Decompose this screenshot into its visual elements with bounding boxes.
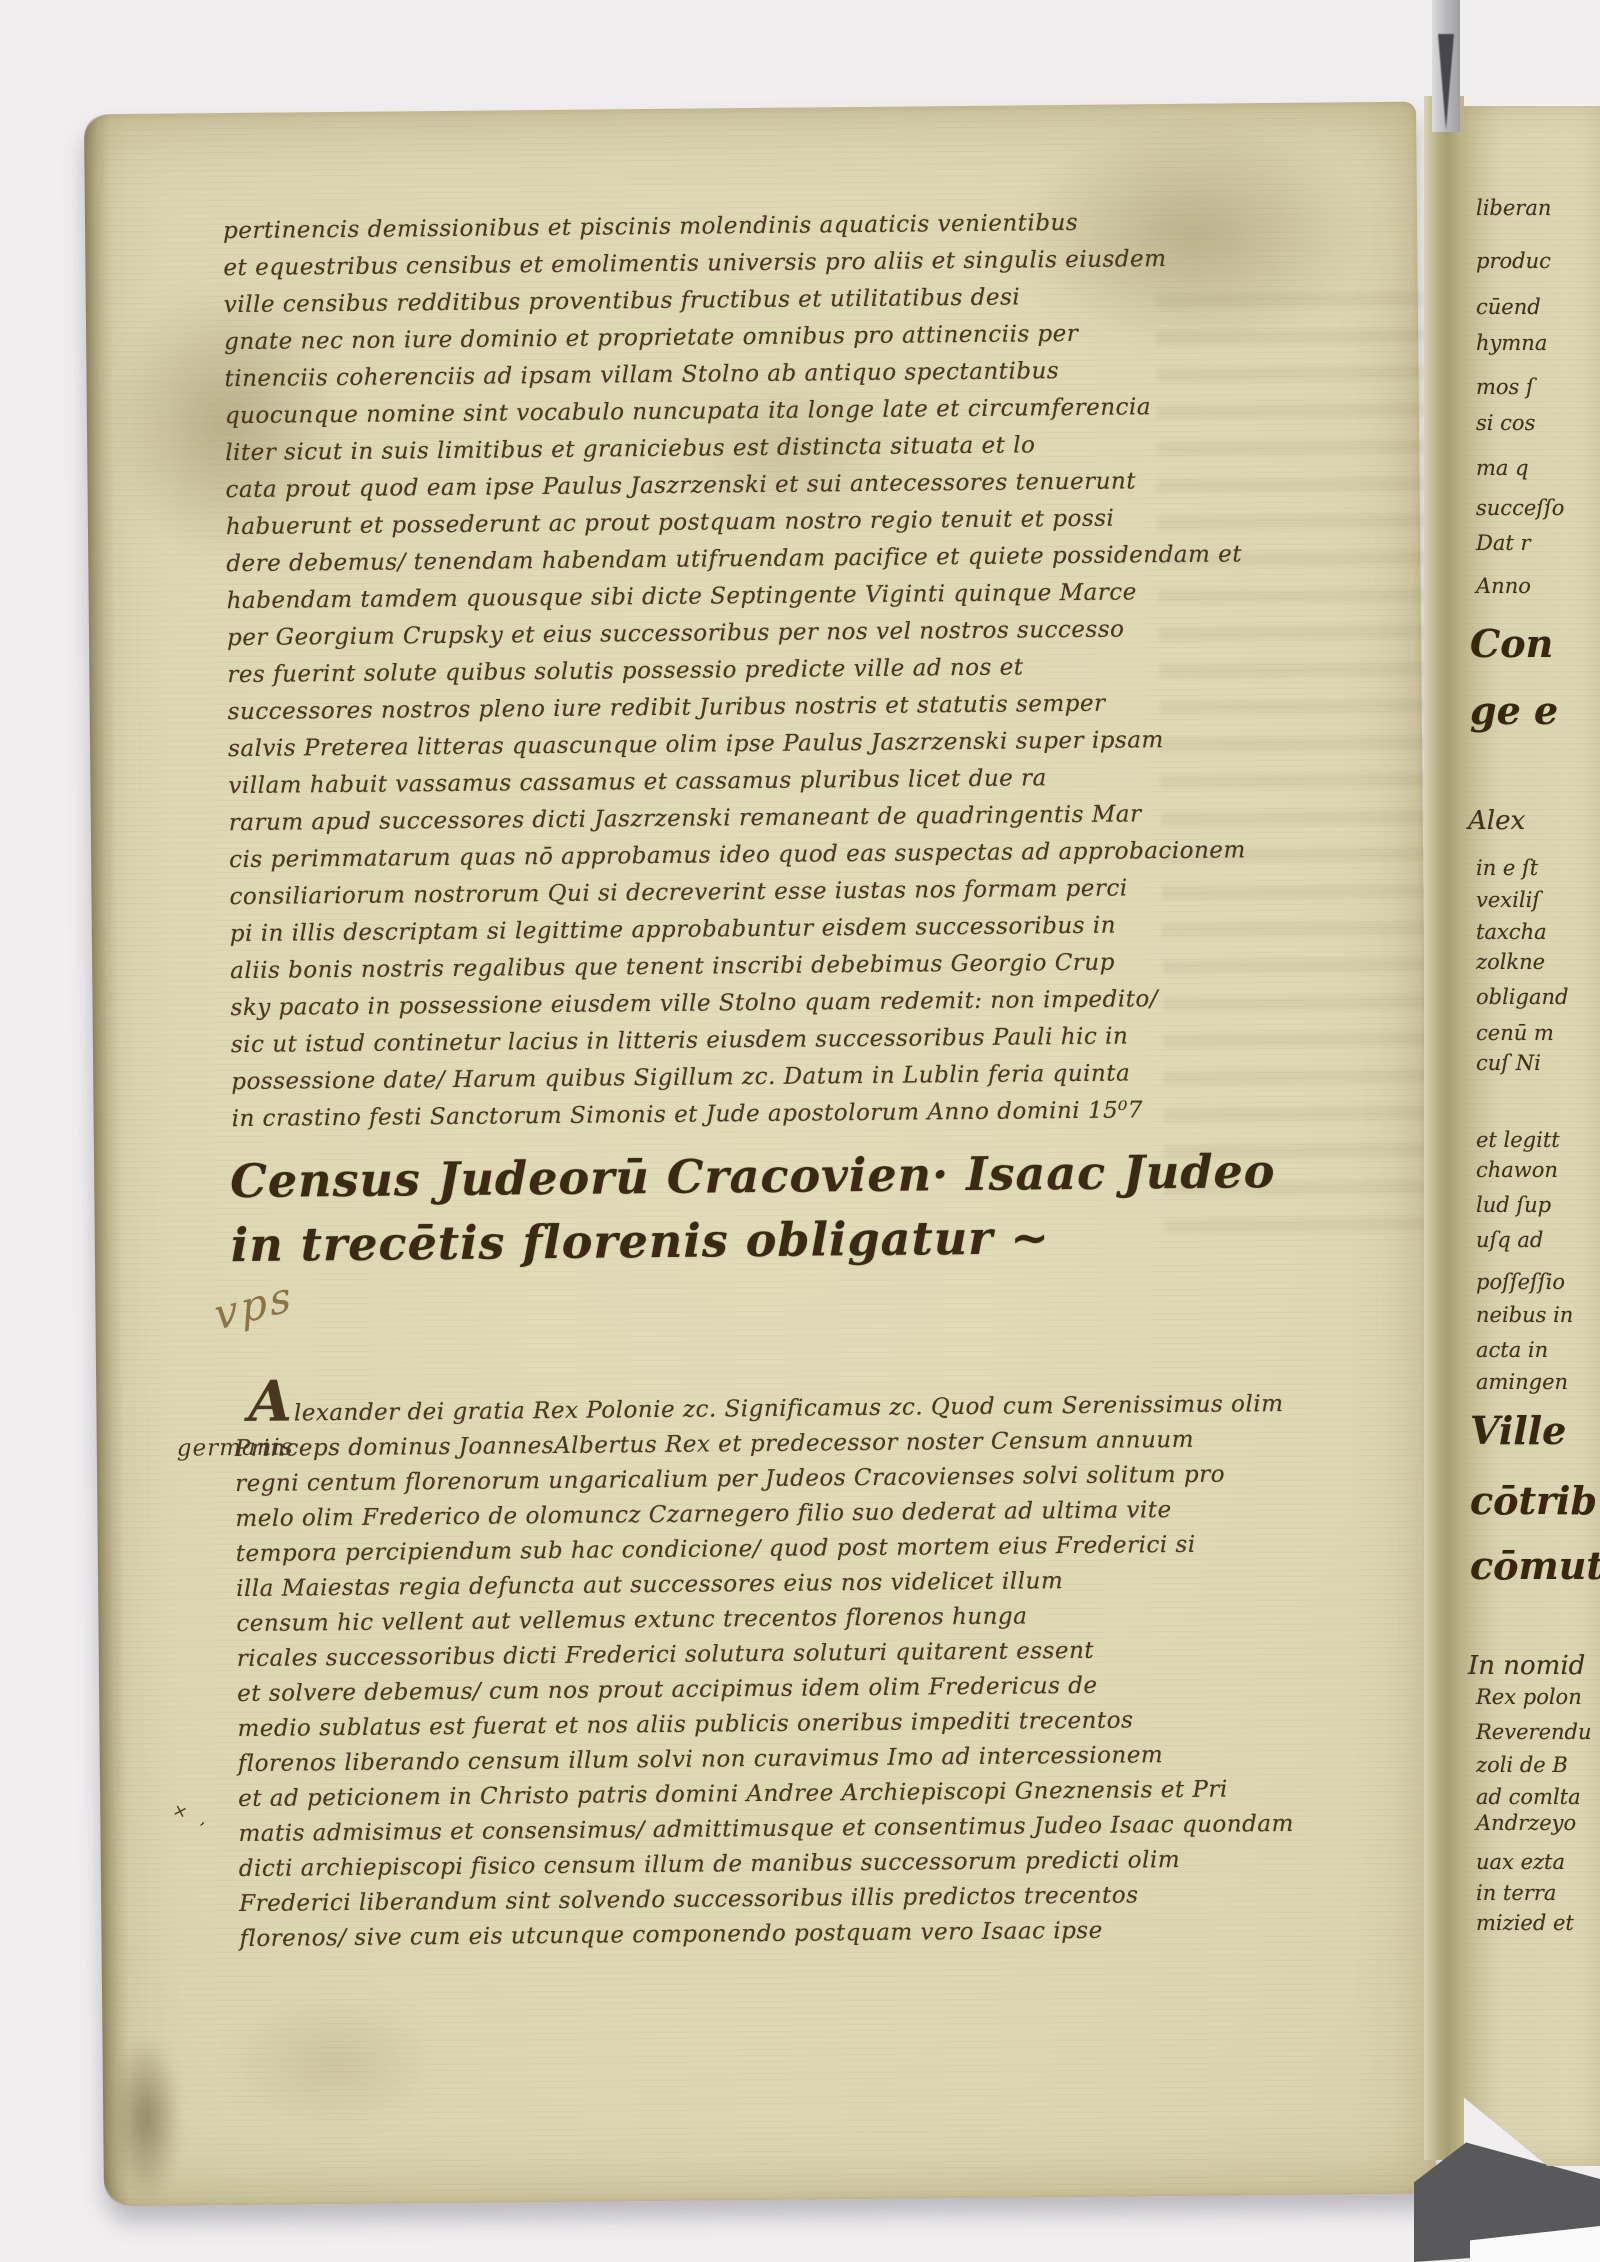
fragment-line: vexiliſ (1476, 888, 1540, 912)
fragment-line: ad comlta (1476, 1785, 1581, 1809)
heading-line-2: in trecētis florenis obligatur ~ (231, 1203, 1277, 1277)
stain (222, 1991, 443, 2133)
fragment-line: cūend (1476, 295, 1541, 319)
margin-response-mark: vps (212, 1271, 296, 1341)
fragment-line: Dat r (1476, 531, 1531, 555)
fragment-line: et legitt (1476, 1128, 1560, 1152)
fragment-line: mos ſ (1476, 375, 1534, 399)
fragment-line: neibus in (1476, 1303, 1573, 1327)
page-edge-stack (84, 114, 130, 2206)
section-heading: Census Judeorū Cracovien· Isaac Judeo in… (230, 1139, 1276, 1277)
fragment-line: taxcha (1476, 920, 1547, 944)
fragment-line: cenū m (1476, 1021, 1554, 1045)
fragment-line: lud ſup (1476, 1193, 1551, 1217)
heading-line-1: Census Judeorū Cracovien· Isaac Judeo (230, 1139, 1276, 1213)
fragment-line: In nomid (1468, 1651, 1585, 1681)
fragment-line: zolkne (1476, 950, 1545, 974)
fragment-line: cuſ Ni (1476, 1051, 1541, 1075)
fragment-line: acta in (1476, 1338, 1548, 1362)
fragment-line: hymna (1476, 331, 1547, 355)
fragment-line: Con (1470, 621, 1553, 666)
fragment-line: Reverendu (1476, 1720, 1592, 1744)
book-gutter (1424, 96, 1464, 2160)
fragment-line: si cos (1476, 411, 1535, 435)
fragment-line: obligand (1476, 985, 1568, 1009)
margin-correction-marks: × , (170, 1800, 214, 1831)
manuscript-photo: pertinencis demissionibus et piscinis mo… (0, 0, 1600, 2262)
fragment-line: poſſeſſio (1476, 1270, 1565, 1294)
paragraph-1: pertinencis demissionibus et piscinis mo… (223, 203, 1312, 1138)
fragment-line: succeſſo (1476, 496, 1564, 520)
fragment-line: Andrzeyo (1476, 1811, 1576, 1835)
fragment-line: produc (1476, 249, 1551, 273)
right-page-sliver: liberanproduccūendhymnamos ſsi cosma qsu… (1462, 106, 1600, 2166)
fragment-line: ge e (1470, 688, 1558, 733)
fragment-line: Ville (1470, 1408, 1566, 1453)
fragment-line: mizied et (1476, 1911, 1574, 1935)
fragment-line: liberan (1476, 196, 1551, 220)
fragment-line: in e ſt (1476, 856, 1538, 880)
fragment-line: Alex (1468, 806, 1525, 836)
fragment-line: uſq ad (1476, 1228, 1543, 1252)
fragment-line: cōmut (1470, 1543, 1600, 1588)
fragment-line: cōtrib (1470, 1478, 1597, 1523)
metal-clamp-tip (1438, 34, 1454, 130)
fragment-line: Rex polon (1476, 1685, 1582, 1709)
fragment-line: Anno (1476, 574, 1531, 598)
paragraph-2: Alexander dei gratia Rex Polonie zc. Sig… (234, 1375, 1319, 1957)
fragment-line: amingen (1476, 1370, 1568, 1394)
fragment-line: uax ezta (1476, 1850, 1565, 1874)
fragment-line: chawon (1476, 1158, 1558, 1182)
fragment-line: zoli de B (1476, 1753, 1568, 1777)
left-page: pertinencis demissionibus et piscinis mo… (84, 102, 1436, 2207)
fragment-line: in terra (1476, 1881, 1556, 1905)
fragment-line: ma q (1476, 456, 1529, 480)
